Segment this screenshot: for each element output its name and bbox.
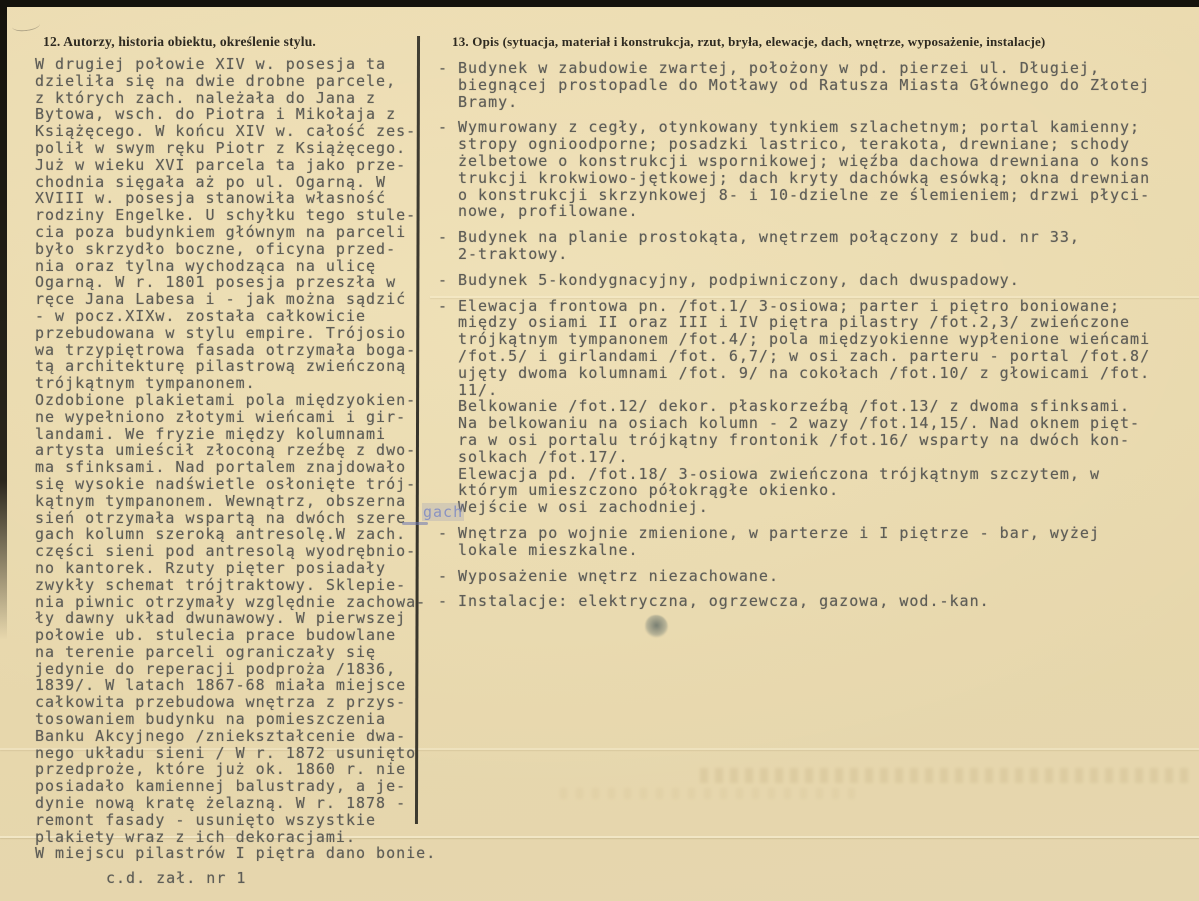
description-item: - Wnętrza po wojnie zmienione, w parterz… (438, 525, 1190, 559)
description-item-text: Budynek na planie prostokąta, wnętrzem p… (458, 229, 1080, 263)
description-item-text: Elewacja frontowa pn. /fot.1/ 3-osiowa; … (458, 298, 1150, 516)
bullet-dash: - (438, 229, 458, 263)
description-item: - Budynek na planie prostokąta, wnętrzem… (438, 229, 1190, 263)
section-12-body-text: W drugiej połowie XIV w. posesja ta dzie… (35, 56, 435, 862)
section-12-heading: 12. Autorzy, historia obiektu, określeni… (43, 34, 316, 50)
description-item: - Budynek w zabudowie zwartej, położony … (438, 60, 1190, 110)
description-item-text: Wymurowany z cegły, otynkowany tynkiem s… (458, 119, 1150, 220)
pencil-mark (11, 18, 40, 32)
description-item-text: Instalacje: elektryczna, ogrzewcza, gazo… (458, 593, 990, 610)
bleed-through-text (560, 788, 860, 799)
bullet-dash: - (438, 593, 458, 610)
description-item: - Instalacje: elektryczna, ogrzewcza, ga… (438, 593, 1190, 610)
ink-blot (645, 615, 668, 638)
section-12-footer-note: c.d. zał. nr 1 (106, 870, 246, 887)
description-item: - Budynek 5-kondygnacyjny, podpiwniczony… (438, 272, 1190, 289)
bullet-dash: - (438, 272, 458, 289)
overtype-underline-mark (402, 522, 428, 525)
description-item-text: Wyposażenie wnętrz niezachowane. (458, 568, 779, 585)
description-item: - Elewacja frontowa pn. /fot.1/ 3-osiowa… (438, 298, 1190, 516)
scanned-document-page: 12. Autorzy, historia obiektu, określeni… (0, 0, 1199, 901)
description-item-text: Wnętrza po wojnie zmienione, w parterze … (458, 525, 1100, 559)
description-item: - Wymurowany z cegły, otynkowany tynkiem… (438, 119, 1190, 220)
bullet-dash: - (438, 298, 458, 516)
description-item-text: Budynek w zabudowie zwartej, położony w … (458, 60, 1150, 110)
bullet-dash: - (438, 568, 458, 585)
section-13-body: - Budynek w zabudowie zwartej, położony … (438, 60, 1190, 619)
bullet-dash: - (438, 60, 458, 110)
description-item: - Wyposażenie wnętrz niezachowane. (438, 568, 1190, 585)
scan-edge-left (0, 0, 7, 640)
scan-edge-top (0, 0, 1199, 7)
bullet-dash: - (438, 119, 458, 220)
section-13-heading: 13. Opis (sytuacja, materiał i konstrukc… (452, 34, 1045, 50)
bleed-through-text (700, 768, 1188, 783)
bullet-dash: - (438, 525, 458, 559)
description-item-text: Budynek 5-kondygnacyjny, podpiwniczony, … (458, 272, 1020, 289)
overtyped-text-fragment: gach (422, 503, 464, 521)
